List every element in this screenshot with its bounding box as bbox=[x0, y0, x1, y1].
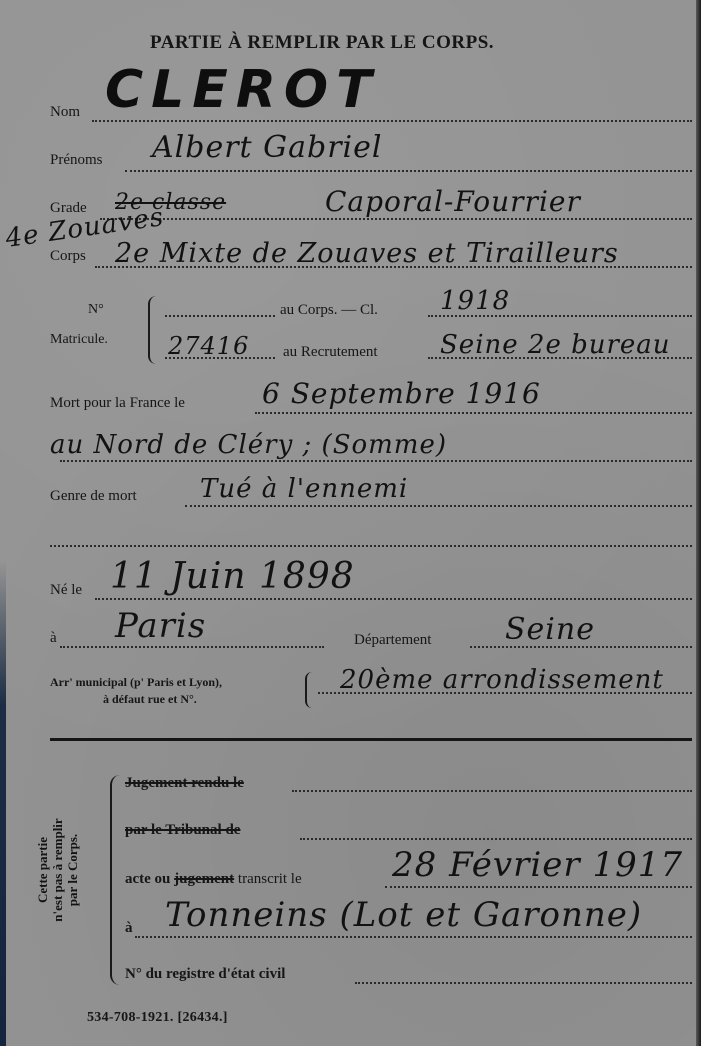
mort-date: 6 Septembre 1916 bbox=[262, 377, 541, 410]
nom-value: CLEROT bbox=[105, 60, 380, 120]
genre-de-mort-line bbox=[185, 505, 692, 507]
scan-edge-right bbox=[696, 0, 701, 1046]
grade-line bbox=[100, 218, 692, 220]
grade-value: Caporal-Fourrier bbox=[325, 185, 581, 218]
transcrit-date-line bbox=[385, 886, 692, 888]
recrutement-value: Seine 2e bureau bbox=[440, 330, 671, 360]
transcrit-label-rest: transcrit le bbox=[238, 871, 302, 887]
classe-line bbox=[428, 315, 692, 317]
recrutement-line bbox=[428, 357, 692, 359]
arrondissement-label-1: Arr' municipal (p' Paris et Lyon), bbox=[50, 675, 222, 690]
matricule-brace bbox=[148, 296, 156, 364]
death-record-card: PARTIE À REMPLIR PAR LE CORPS. Nom CLERO… bbox=[0, 0, 701, 1046]
transcrit-lieu: Tonneins (Lot et Garonne) bbox=[165, 895, 642, 935]
au-corps-label: au Corps. — Cl. bbox=[280, 302, 378, 319]
mort-label: Mort pour la France le bbox=[50, 395, 185, 412]
prenoms-value: Albert Gabriel bbox=[152, 130, 383, 165]
prenoms-label: Prénoms bbox=[50, 152, 103, 169]
side-note-line3: par le Corps. bbox=[65, 780, 80, 960]
prenoms-line bbox=[125, 170, 692, 172]
genre-de-mort-label: Genre de mort bbox=[50, 488, 137, 505]
transcrit-label-jugement: jugement bbox=[174, 871, 234, 887]
corps-line bbox=[95, 266, 692, 268]
corps-value: 2e Mixte de Zouaves et Tirailleurs bbox=[115, 238, 619, 269]
registre-line bbox=[355, 982, 692, 984]
matricule-label: Matricule. bbox=[50, 332, 108, 348]
transcrit-a-label: à bbox=[125, 920, 133, 937]
tribunal-line bbox=[300, 838, 692, 840]
matricule-label-n: N° bbox=[88, 302, 104, 318]
side-note-line1: Cette partie bbox=[35, 780, 50, 960]
blank-line bbox=[50, 545, 692, 547]
transcrit-date: 28 Février 1917 bbox=[392, 845, 683, 885]
mort-lieu: au Nord de Cléry ; (Somme) bbox=[50, 430, 447, 460]
form-title: PARTIE À REMPLIR PAR LE CORPS. bbox=[150, 32, 494, 54]
departement-line bbox=[470, 646, 692, 648]
side-note-line2: n'est pas à remplir bbox=[50, 780, 65, 960]
mort-lieu-line bbox=[60, 460, 692, 462]
corps-label: Corps bbox=[50, 248, 86, 265]
departement-value: Seine bbox=[505, 612, 595, 647]
registre-label: N° du registre d'état civil bbox=[125, 966, 285, 983]
transcrit-label-acte: acte ou bbox=[125, 871, 170, 887]
departement-label: Département bbox=[354, 632, 431, 649]
naissance-lieu-line bbox=[60, 646, 324, 648]
arrondissement-label-2: à défaut rue et N°. bbox=[103, 692, 197, 707]
ne-le-label: Né le bbox=[50, 582, 82, 599]
lower-brace bbox=[110, 775, 120, 985]
naissance-date: 11 Juin 1898 bbox=[110, 556, 355, 597]
scan-edge-left bbox=[0, 560, 6, 1046]
nom-label: Nom bbox=[50, 104, 80, 121]
arrondissement-brace bbox=[305, 672, 312, 708]
mort-date-line bbox=[255, 412, 692, 414]
tribunal-label: par le Tribunal de bbox=[125, 822, 240, 839]
matricule-number: 27416 bbox=[168, 332, 249, 360]
section-separator bbox=[50, 738, 692, 741]
nom-line bbox=[92, 120, 692, 122]
matricule-corps-number-line bbox=[165, 315, 275, 317]
transcrit-label: acte ou jugement transcrit le bbox=[125, 871, 302, 888]
naissance-a-label: à bbox=[50, 630, 57, 647]
matricule-number-line bbox=[165, 357, 275, 359]
print-code: 534-708-1921. [26434.] bbox=[87, 1010, 228, 1026]
naissance-date-line bbox=[95, 598, 692, 600]
genre-de-mort-value: Tué à l'ennemi bbox=[200, 474, 408, 504]
classe-value: 1918 bbox=[440, 286, 510, 316]
arrondissement-line bbox=[318, 692, 692, 694]
naissance-lieu: Paris bbox=[115, 606, 206, 646]
arrondissement-value: 20ème arrondissement bbox=[340, 665, 664, 695]
jugement-label: Jugement rendu le bbox=[125, 775, 244, 792]
transcrit-lieu-line bbox=[135, 936, 692, 938]
jugement-line bbox=[292, 790, 692, 792]
side-note: Cette partie n'est pas à remplir par le … bbox=[35, 780, 80, 960]
recrutement-label: au Recrutement bbox=[283, 344, 378, 361]
